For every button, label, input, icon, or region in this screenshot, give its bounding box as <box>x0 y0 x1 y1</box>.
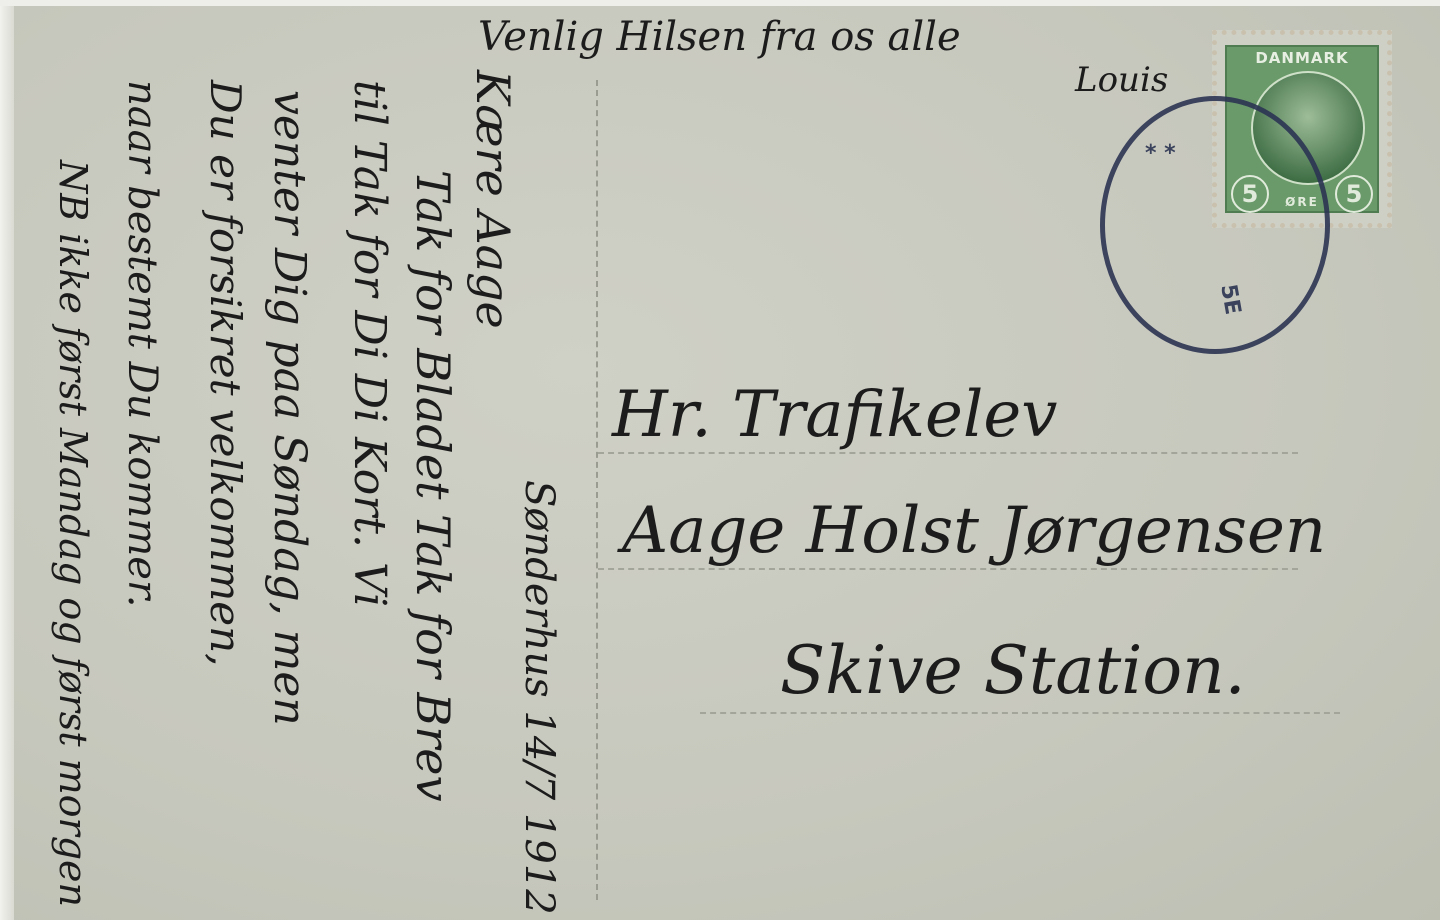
stamp-country: DANMARK <box>1227 49 1377 67</box>
message-line-6: naar bestemt Du kommer. <box>119 80 165 607</box>
message-line-4: venter Dig paa Søndag, men <box>264 90 315 726</box>
postmark-cancellation: * * 5E <box>1100 96 1330 354</box>
address-line-2 <box>598 568 1298 570</box>
card-edge <box>0 0 14 920</box>
message-place-date: Sønderhus 14/7 1912 <box>516 480 562 915</box>
signature-text: Louis <box>1075 60 1168 100</box>
message-line-7: NB ikke først Mandag og først morgen <box>51 160 95 907</box>
greeting-text: Venlig Hilsen fra os alle <box>478 14 961 60</box>
card-edge-top <box>0 0 1440 6</box>
address-recipient-name: Aage Holst Jørgensen <box>622 494 1326 568</box>
address-line-1 <box>598 452 1298 454</box>
message-line-2: Tak for Bladet Tak for Brev <box>406 170 460 801</box>
message-line-1: Kære Aage <box>466 70 520 329</box>
address-destination: Skive Station. <box>780 632 1246 709</box>
postcard: Venlig Hilsen fra os alle Louis Hr. Traf… <box>0 0 1440 920</box>
postmark-time: 5E <box>1215 282 1245 316</box>
center-divider <box>596 80 598 900</box>
message-line-5: Du er forsikret velkommen, <box>201 80 250 667</box>
message-line-3: til Tak for Di Di Kort. Vi <box>344 80 395 607</box>
address-recipient-title: Hr. Trafikelev <box>612 378 1057 452</box>
address-line-3 <box>700 712 1340 714</box>
postmark-stars: * * <box>1145 141 1176 166</box>
